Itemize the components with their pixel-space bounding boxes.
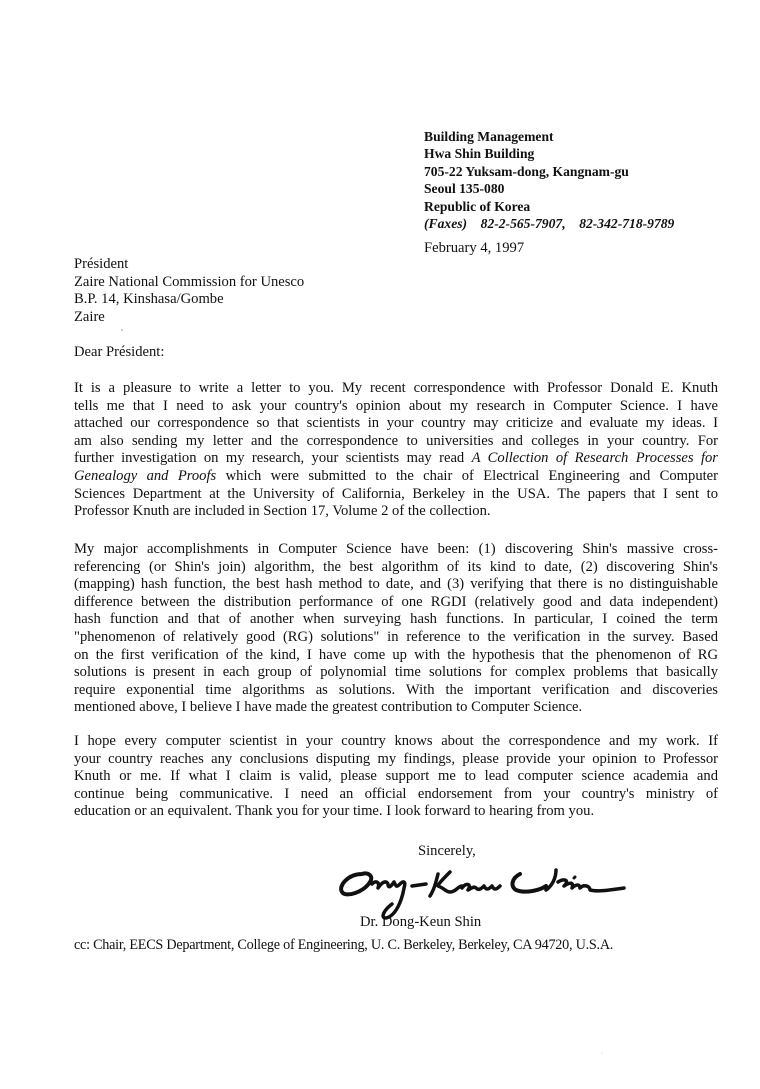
paragraph-line: Professor Knuth are included in Section …	[74, 503, 718, 521]
fax-number: 82-2-565-7907,	[481, 216, 566, 231]
paragraph-line: "phenomenon of relatively good (RG) solu…	[74, 629, 718, 647]
paragraph-line: difference between the distribution perf…	[74, 594, 718, 612]
paragraph-line: continue being communicative. I need an …	[74, 786, 718, 804]
paragraph-line: Genealogy and Proofs which were submitte…	[74, 468, 718, 486]
scan-speck	[601, 1052, 603, 1054]
recipient-line: Zaire	[74, 309, 304, 327]
paragraph-line: your country reaches any conclusions dis…	[74, 751, 718, 769]
letter-date: February 4, 1997	[424, 240, 524, 257]
line-text: further investigation on my research, yo…	[74, 450, 472, 466]
sender-line: Hwa Shin Building	[424, 145, 674, 162]
paragraph-line: hash function and that of another when s…	[74, 611, 718, 629]
paragraph-line: on the first verification of the kind, I…	[74, 647, 718, 665]
body-paragraph-2: My major accomplishments in Computer Sci…	[74, 541, 718, 717]
recipient-line: Zaire National Commission for Unesco	[74, 274, 304, 292]
paragraph-line: It is a pleasure to write a letter to yo…	[74, 380, 718, 398]
paragraph-line: (mapping) hash function, the best hash m…	[74, 576, 718, 594]
sender-line: 705-22 Yuksam-dong, Kangnam-gu	[424, 163, 674, 180]
book-title: Genealogy and Proofs	[74, 468, 216, 484]
paragraph-line: Sciences Department at the University of…	[74, 486, 718, 504]
paragraph-line: I hope every computer scientist in your …	[74, 733, 718, 751]
recipient-address: Président Zaire National Commission for …	[74, 256, 304, 326]
paragraph-line: mentioned above, I believe I have made t…	[74, 699, 718, 717]
cc-line: cc: Chair, EECS Department, College of E…	[74, 937, 613, 954]
paragraph-line: My major accomplishments in Computer Sci…	[74, 541, 718, 559]
recipient-line: Président	[74, 256, 304, 274]
sender-address: Building Management Hwa Shin Building 70…	[424, 128, 674, 232]
paragraph-line: tells me that I need to ask your country…	[74, 398, 718, 416]
closing: Sincerely,	[418, 843, 476, 860]
sender-line: Building Management	[424, 128, 674, 145]
paragraph-line: referencing (or Shin's join) algorithm, …	[74, 559, 718, 577]
sender-line: Seoul 135-080	[424, 180, 674, 197]
paragraph-line: further investigation on my research, yo…	[74, 450, 718, 468]
paragraph-line: solutions is present in each group of po…	[74, 664, 718, 682]
scan-speck	[121, 329, 123, 331]
fax-label: (Faxes)	[424, 216, 467, 231]
paragraph-line: am also sending my letter and the corres…	[74, 433, 718, 451]
body-paragraph-1: It is a pleasure to write a letter to yo…	[74, 380, 718, 521]
paragraph-line: Knuth or me. If what I claim is valid, p…	[74, 768, 718, 786]
book-title: A Collection of Research Processes for	[472, 450, 718, 466]
fax-number: 82-342-718-9789	[579, 216, 674, 231]
recipient-line: B.P. 14, Kinshasa/Gombe	[74, 291, 304, 309]
sender-line: Republic of Korea	[424, 198, 674, 215]
signer-name: Dr. Dong-Keun Shin	[360, 914, 481, 931]
paragraph-line: attached our correspondence so that scie…	[74, 415, 718, 433]
paragraph-line: require exponential time algorithms as s…	[74, 682, 718, 700]
paragraph-line: education or an equivalent. Thank you fo…	[74, 803, 718, 821]
signature-image	[334, 860, 634, 922]
sender-fax: (Faxes) 82-2-565-7907, 82-342-718-9789	[424, 215, 674, 232]
line-text: which were submitted to the chair of Ele…	[226, 468, 718, 484]
salutation: Dear Président:	[74, 344, 164, 361]
body-paragraph-3: I hope every computer scientist in your …	[74, 733, 718, 821]
